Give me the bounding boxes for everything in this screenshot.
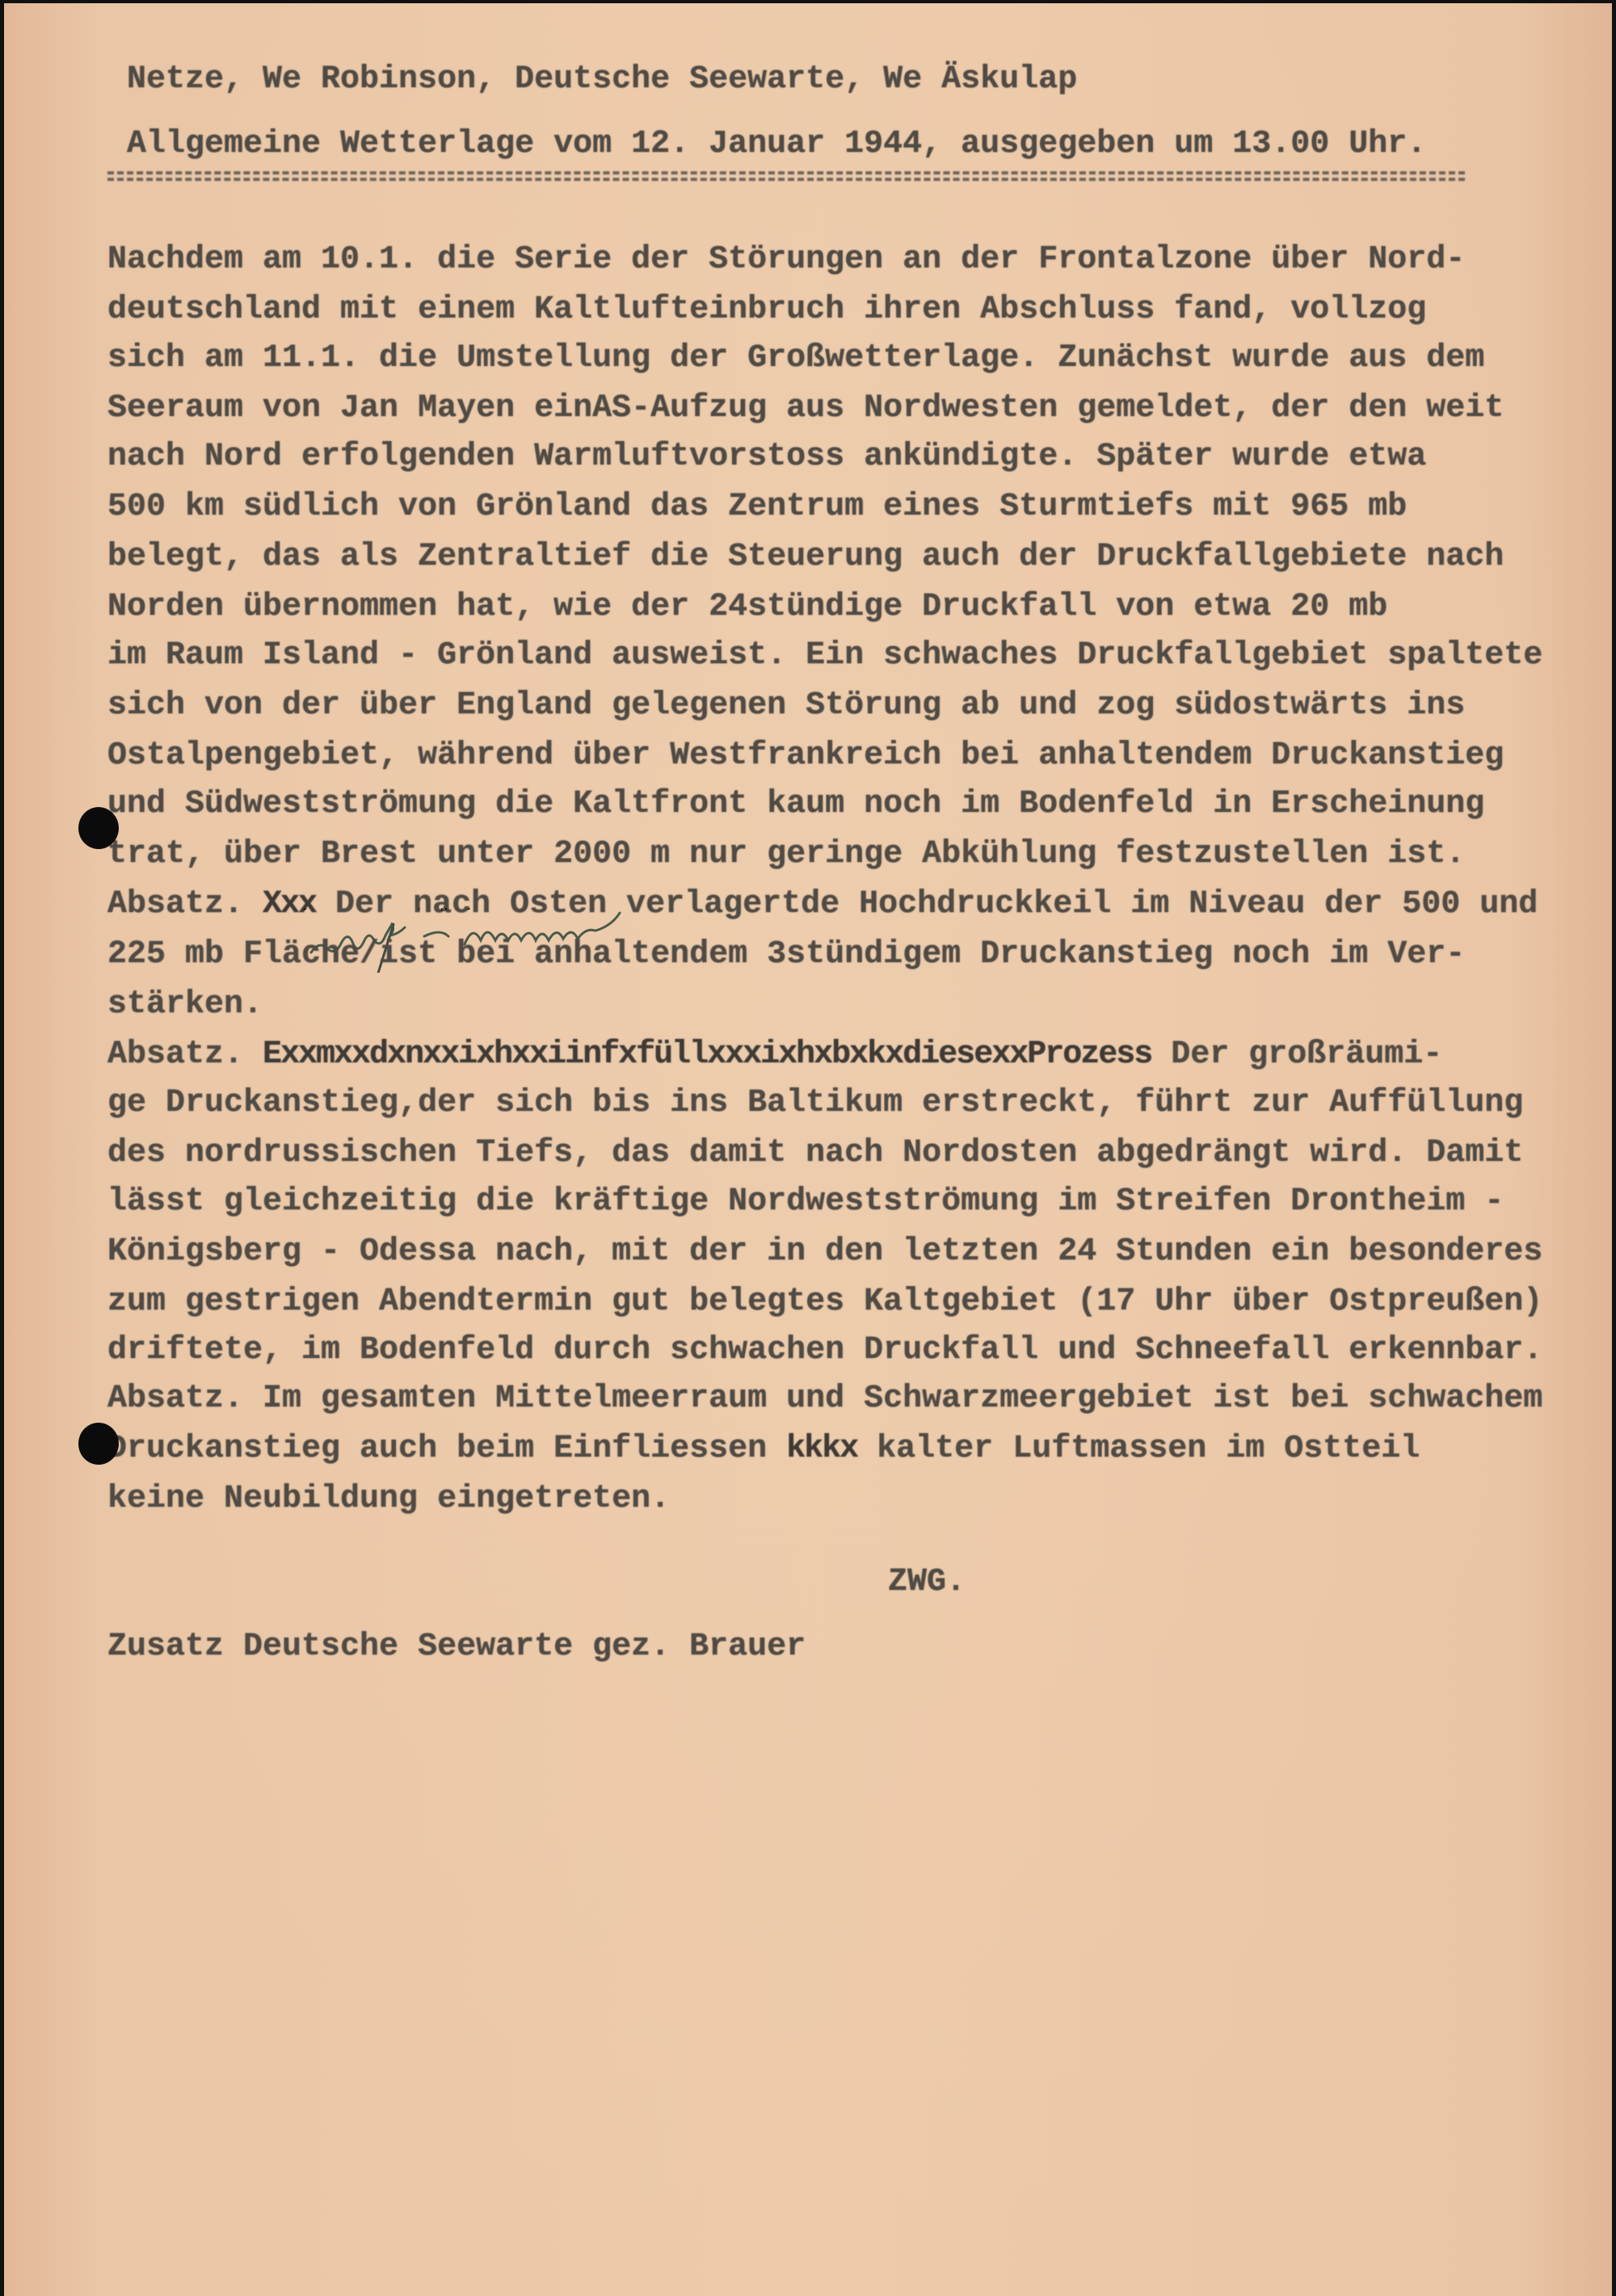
para3-text: Der großräumi- <box>1151 1037 1442 1073</box>
double-underline-rule <box>107 171 1465 181</box>
para3-line-2: ge Druckanstieg,der sich bis ins Baltiku… <box>107 1084 1523 1123</box>
punch-hole-bottom <box>78 1423 119 1465</box>
body-line-7: belegt, das als Zentraltief die Steuerun… <box>107 538 1504 577</box>
para4-line-1: Absatz. Im gesamten Mittelmeerraum und S… <box>107 1380 1542 1419</box>
para2-line-3: stärken. <box>107 986 263 1024</box>
para4-text: Druckanstieg auch beim Einfliessen <box>107 1431 786 1467</box>
body-line-9: im Raum Island - Grönland ausweist. Ein … <box>107 637 1542 675</box>
distribution-line: Netze, We Robinson, Deutsche Seewarte, W… <box>127 61 1077 99</box>
body-line-11: Ostalpengebiet, während über Westfrankre… <box>107 737 1504 776</box>
para3-line-7: driftete, im Bodenfeld durch schwachen D… <box>107 1331 1542 1370</box>
punch-hole-top <box>78 807 119 849</box>
struck-out-text: Exxmxxdxnxxixhxxiinfxfüllxxxixhxbxkxdies… <box>263 1037 1151 1073</box>
absatz-label: Absatz. <box>107 886 263 923</box>
body-line-10: sich von der über England gelegenen Stör… <box>107 687 1465 725</box>
body-line-12: und Südwestströmung die Kaltfront kaum n… <box>107 785 1484 824</box>
addendum-line: Zusatz Deutsche Seewarte gez. Brauer <box>107 1628 806 1667</box>
body-line-3: sich am 11.1. die Umstellung der Großwet… <box>107 339 1484 378</box>
para4-line-3: keine Neubildung eingetreten. <box>107 1480 670 1519</box>
para3-line-1: Absatz. Exxmxxdxnxxixhxxiinfxfüllxxxixhx… <box>107 1036 1442 1074</box>
para2-line-2: 225 mb Fläche/ist bei anhaltendem 3stünd… <box>107 936 1465 974</box>
para4-line-2: Druckanstieg auch beim Einfliessen kkkx … <box>107 1430 1420 1469</box>
body-line-6: 500 km südlich von Grönland das Zentrum … <box>107 488 1407 527</box>
typewritten-page: Netze, We Robinson, Deutsche Seewarte, W… <box>0 0 1616 2296</box>
para3-line-3: des nordrussischen Tiefs, das damit nach… <box>107 1134 1523 1173</box>
body-line-13: trat, über Brest unter 2000 m nur gering… <box>107 835 1465 874</box>
svg-text:[handwritten insertion, illegi: [handwritten insertion, illegible] <box>303 908 471 911</box>
document-title: Allgemeine Wetterlage vom 12. Januar 194… <box>127 125 1426 164</box>
para3-line-6: zum gestrigen Abendtermin gut belegtes K… <box>107 1283 1542 1322</box>
body-line-8: Norden übernommen hat, wie der 24stündig… <box>107 588 1387 627</box>
para4-text-rest: kalter Luftmassen im Ostteil <box>857 1431 1420 1467</box>
body-line-1: Nachdem am 10.1. die Serie der Störungen… <box>107 241 1465 280</box>
para3-line-4: lässt gleichzeitig die kräftige Nordwest… <box>107 1183 1504 1222</box>
struck-out-text: kkkx <box>786 1431 857 1467</box>
body-line-2: deutschland mit einem Kaltlufteinbruch i… <box>107 291 1426 330</box>
body-line-4: Seeraum von Jan Mayen einAS-Aufzug aus N… <box>107 389 1504 428</box>
initials: ZWG. <box>888 1563 966 1602</box>
absatz-label: Absatz. <box>107 1037 263 1073</box>
para3-line-5: Königsberg - Odessa nach, mit der in den… <box>107 1233 1542 1272</box>
body-line-5: nach Nord erfolgenden Warmluftvorstoss a… <box>107 438 1426 477</box>
